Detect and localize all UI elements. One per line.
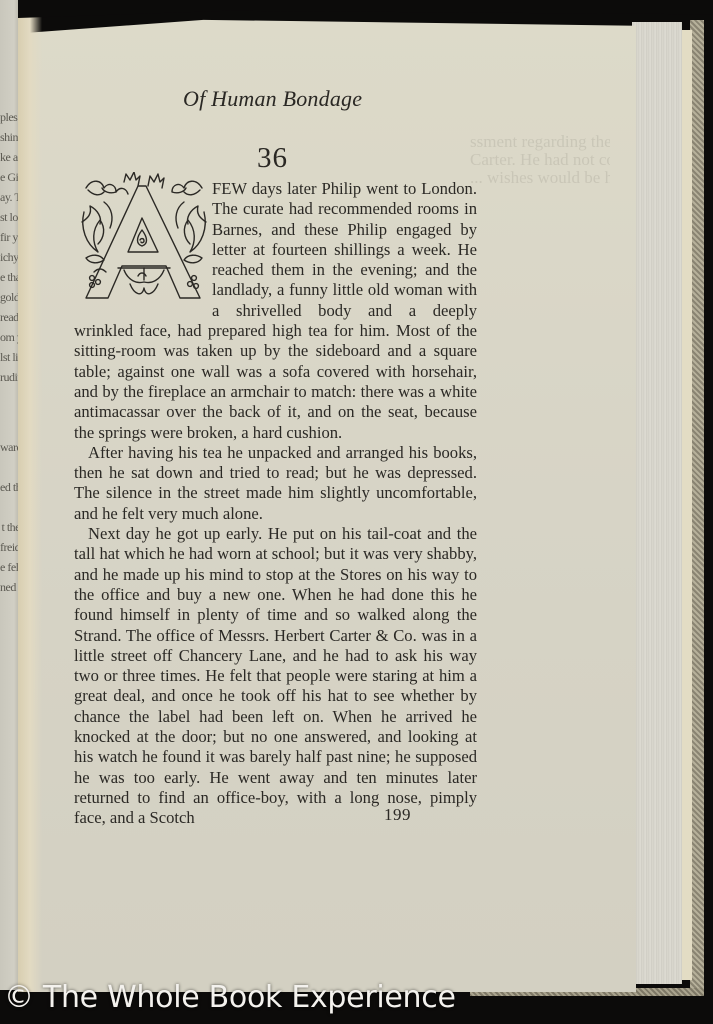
facing-page-fragment: rudim [0, 370, 20, 385]
facing-page-fragment: t the [0, 520, 20, 535]
running-head: Of Human Bondage [183, 86, 362, 112]
copyright-watermark: © The Whole Book Experience [4, 980, 456, 1015]
facing-page-edge: ples and shinkl dut ke as me- e Gift o a… [0, 0, 20, 990]
top-shadow [18, 0, 713, 18]
facing-page-fragment: freid [0, 540, 20, 555]
facing-page-fragment: ke as me- [0, 150, 20, 165]
facing-page-fragment: ed the [0, 480, 20, 495]
facing-page-fragment: ward, [0, 440, 20, 455]
facing-page-fragment: shinkl dut [0, 130, 20, 145]
page-stack-edges [632, 22, 682, 984]
facing-page-fragment: ples and [0, 110, 20, 125]
facing-page-fragment: om you [0, 330, 20, 345]
bleed-through-text: ssment regarding the Carter. He had not … [470, 133, 610, 187]
facing-page-fragment: fir yours [0, 230, 20, 245]
paragraph: Next day he got up early. He put on his … [74, 524, 477, 828]
facing-page-fragment: e Gift o [0, 170, 20, 185]
bleed-line: Carter. He had not come [470, 151, 610, 169]
bleed-line: ... wishes would be he [470, 169, 610, 187]
endpaper-edge [682, 30, 692, 980]
facing-page-fragment: e that s [0, 270, 20, 285]
gutter-shadow [18, 14, 42, 992]
facing-page-fragment: lst lif [0, 350, 20, 365]
facing-page-fragment: ned to [0, 580, 20, 595]
ornamental-initial-a-icon [78, 172, 210, 302]
paragraph: After having his tea he unpacked and arr… [74, 443, 477, 524]
photo-scene: ples and shinkl dut ke as me- e Gift o a… [0, 0, 713, 1024]
facing-page-fragment: ichy yo [0, 250, 20, 265]
page-number: 199 [384, 805, 411, 825]
facing-page-fragment: read lo- [0, 310, 20, 325]
facing-page-fragment: ay. Th [0, 190, 20, 205]
facing-page-fragment: e felt s [0, 560, 20, 575]
chapter-number: 36 [257, 142, 288, 175]
facing-page-fragment: st love [0, 210, 20, 225]
facing-page-fragment: gold, I [0, 290, 20, 305]
book-cover-edge [690, 20, 704, 995]
bleed-line: ssment regarding the [470, 133, 610, 151]
